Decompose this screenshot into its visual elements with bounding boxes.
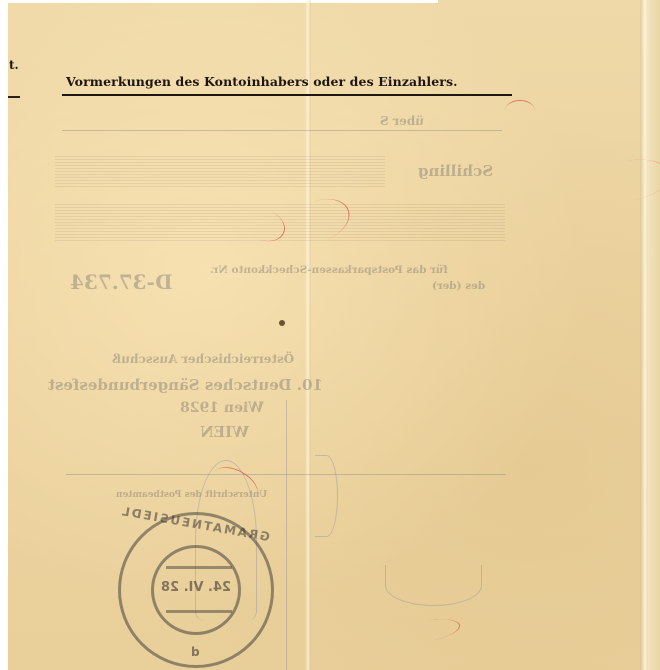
postmark-bar xyxy=(166,610,232,613)
postmark-bar xyxy=(166,566,232,569)
ghost-amount-label: über S xyxy=(380,114,424,128)
ghost-recipient-line-2: 10. Deutsches Sängerbundesfest xyxy=(48,376,323,394)
ghost-account-line-2: des (der) xyxy=(432,280,485,292)
ghost-print-band xyxy=(55,155,385,187)
paper-fiber xyxy=(505,100,535,121)
paper-sheet xyxy=(8,0,660,670)
header-section: Vormerkungen des Kontoinhabers oder des … xyxy=(62,72,510,94)
ghost-currency-label: Schilling xyxy=(418,162,493,180)
ghost-recipient-line-1: Österreichischer Ausschuß xyxy=(112,352,294,366)
ghost-recipient-line-3: Wien 1928 xyxy=(180,400,264,416)
paper-fold xyxy=(640,0,650,670)
postmark-inner-ring: 24. VI. 28 xyxy=(151,545,241,635)
postmark-letter: d xyxy=(191,645,200,659)
paper-speck xyxy=(279,320,285,326)
margin-rule xyxy=(8,96,20,98)
margin-fragment-text: t. xyxy=(9,58,19,72)
ghost-postmark-arc xyxy=(385,565,482,606)
postmark-stamp: GRAMATNEUSIEDL 24. VI. 28 d xyxy=(118,512,274,668)
header-underline xyxy=(62,94,512,96)
form-header-title: Vormerkungen des Kontoinhabers oder des … xyxy=(66,74,458,89)
ghost-account-line: für das Postsparkassen-Scheckkonto Nr. xyxy=(210,264,448,276)
paper-fold xyxy=(305,0,311,670)
ghost-rule xyxy=(62,130,502,131)
pencil-line xyxy=(286,400,287,670)
ghost-account-number: D-37.734 xyxy=(70,270,173,294)
ghost-recipient-line-4: WIEN xyxy=(200,423,249,441)
scan-background-edge xyxy=(8,0,438,3)
pencil-mark xyxy=(315,455,338,537)
postmark-date: 24. VI. 28 xyxy=(154,580,238,595)
